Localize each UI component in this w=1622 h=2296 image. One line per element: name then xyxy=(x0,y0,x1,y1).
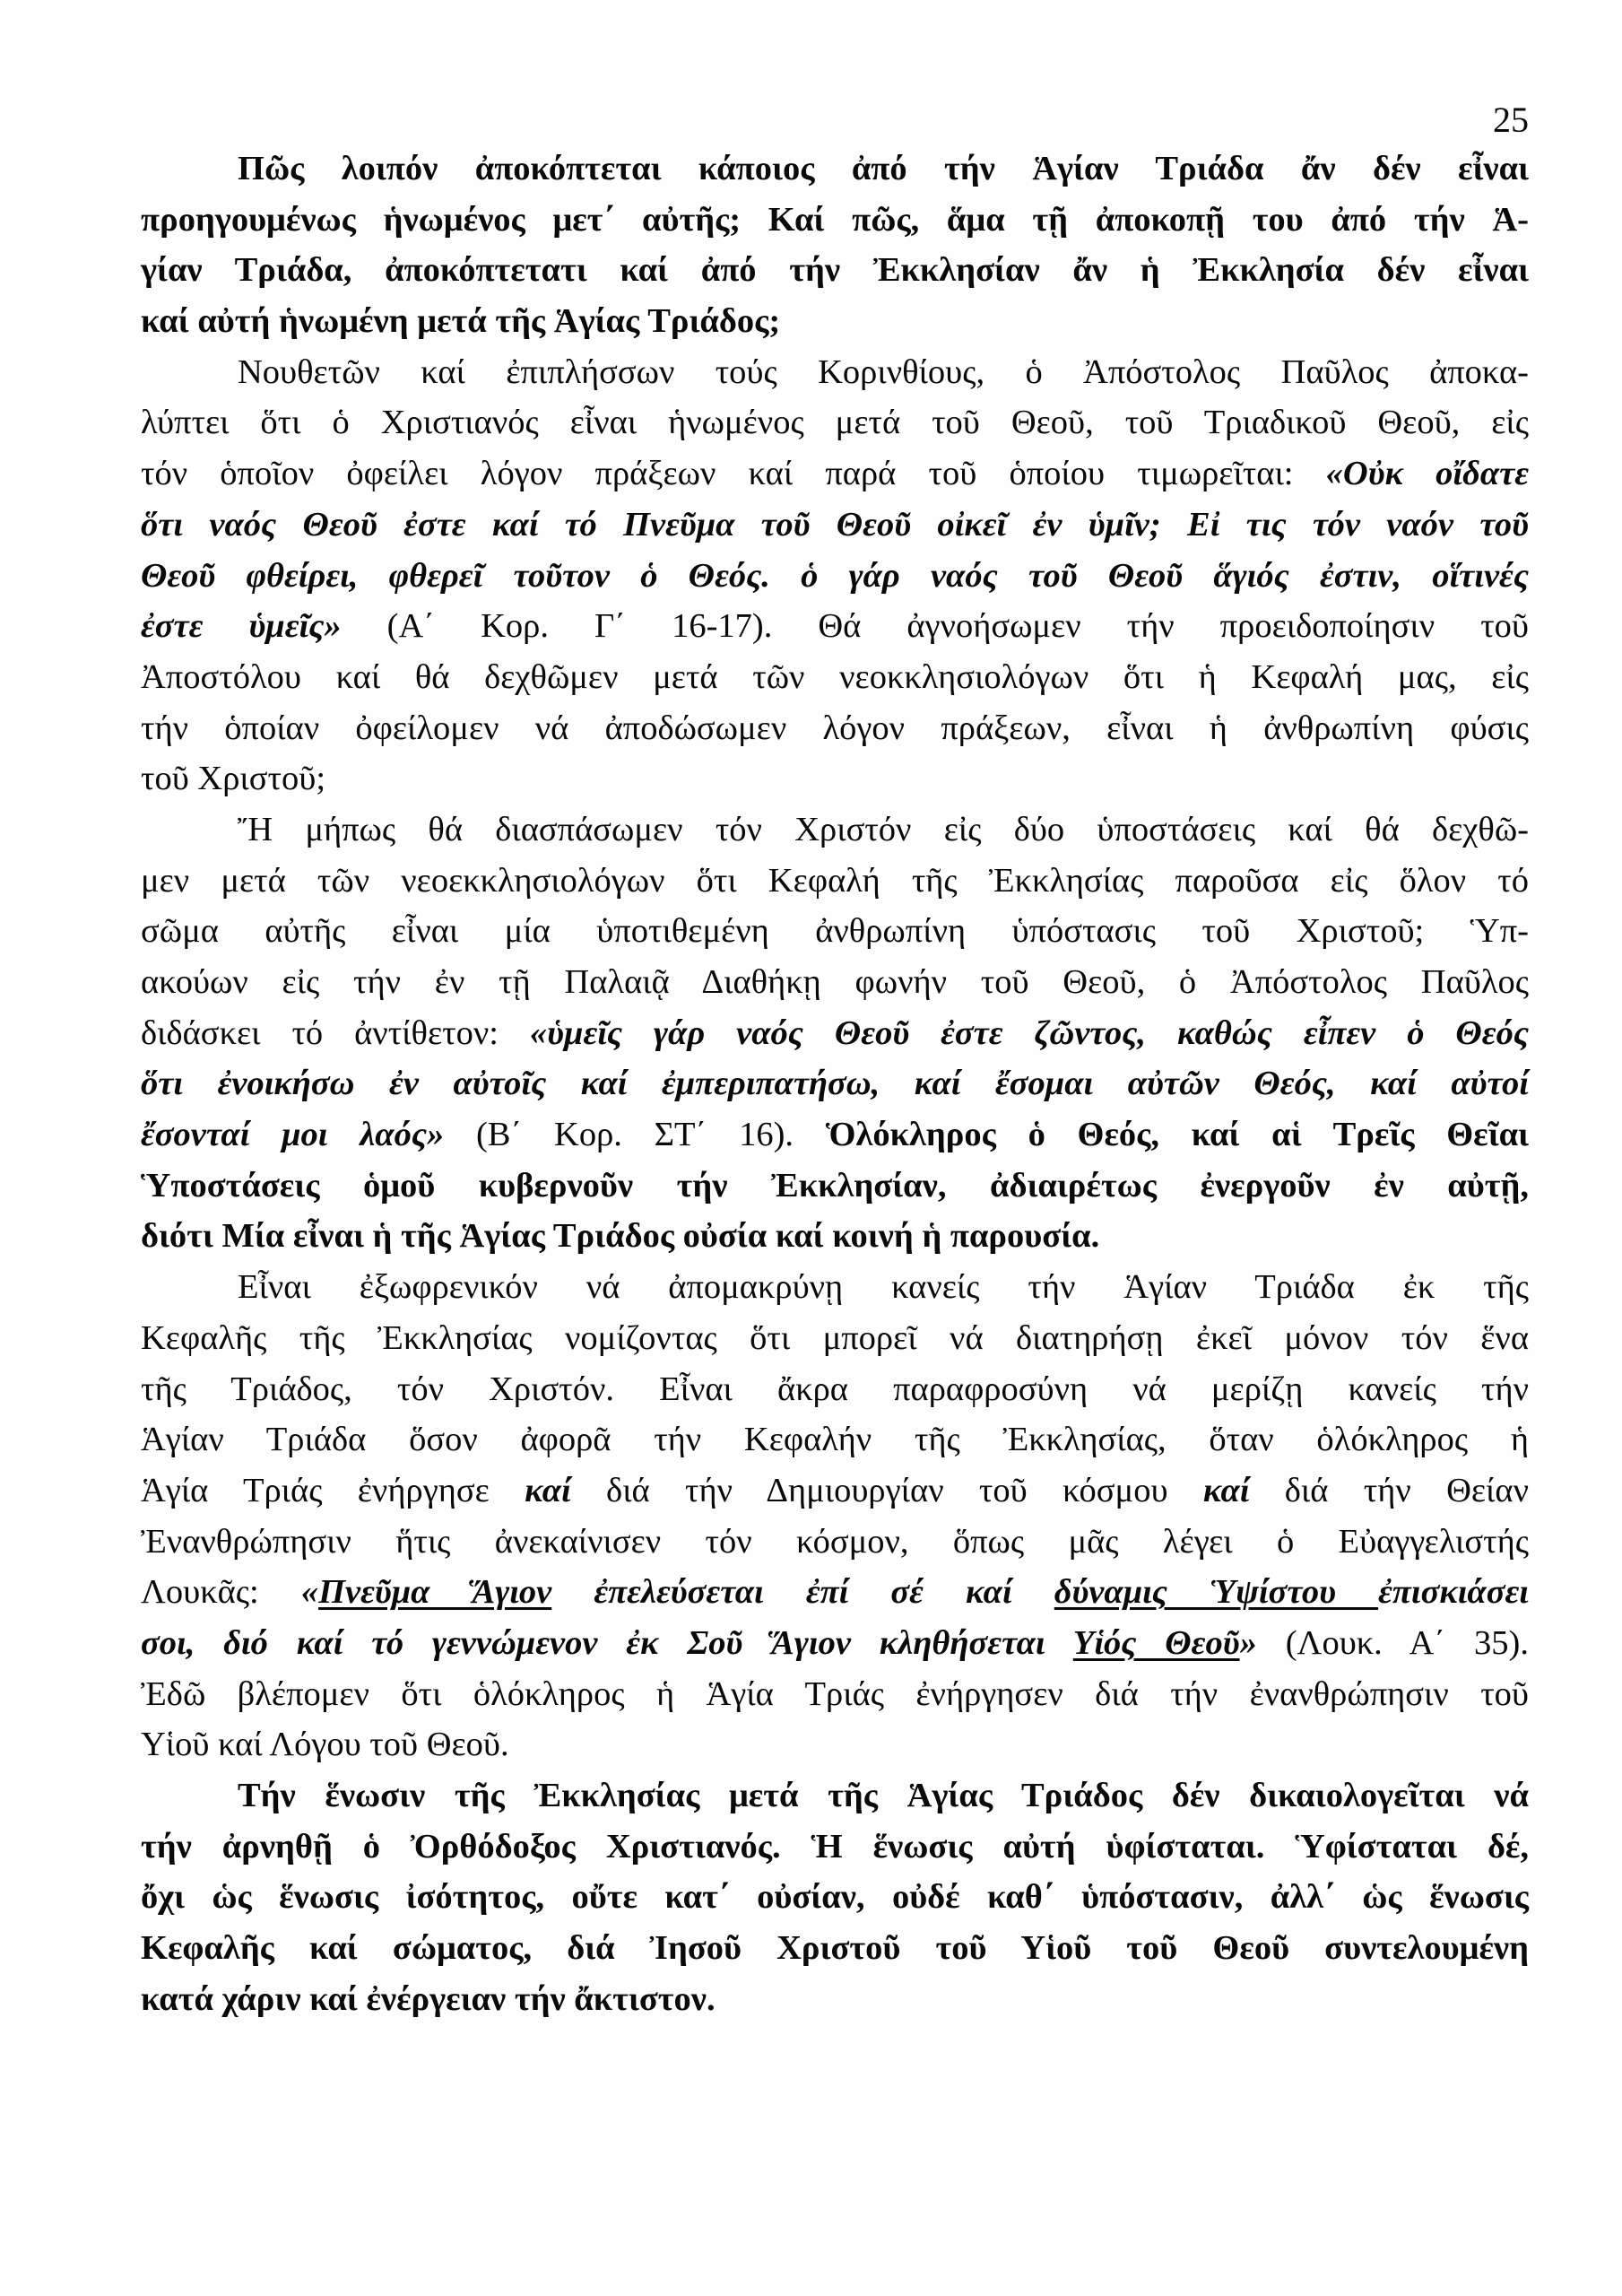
text-run: (Β΄ Κορ. ΣΤ΄ 16). xyxy=(444,1116,825,1153)
text-run: Κεφαλῆς τῆς Ἐκκλησίας νομίζοντας ὅτι μπο… xyxy=(141,1319,1529,1357)
quotation-run: καί xyxy=(525,1472,571,1509)
text-run: τήν ὁποίαν ὀφείλομεν νά ἀποδώσωμεν λόγον… xyxy=(141,709,1529,747)
text-line: ὄχι ὡς ἕνωσις ἰσότητος, οὔτε κατ΄ οὐσίαν… xyxy=(141,1872,1529,1923)
text-line: Πῶς λοιπόν ἀποκόπτεται κάποιος ἀπό τήν Ἁ… xyxy=(141,143,1529,195)
body-text: Πῶς λοιπόν ἀποκόπτεται κάποιος ἀπό τήν Ἁ… xyxy=(141,143,1529,2024)
text-line: Ἁγίαν Τριάδα ὅσον ἀφορᾶ τήν Κεφαλήν τῆς … xyxy=(141,1414,1529,1465)
text-run: Λουκᾶς: xyxy=(141,1573,301,1611)
text-line: λύπτει ὅτι ὁ Χριστιανός εἶναι ἡνωμένος μ… xyxy=(141,397,1529,448)
text-run: Νουθετῶν καί ἐπιπλήσσων τούς Κορινθίους,… xyxy=(238,353,1529,391)
text-line: ἔσονταί μοι λαός» (Β΄ Κορ. ΣΤ΄ 16). Ὁλόκ… xyxy=(141,1109,1529,1161)
text-run: Εἶναι ἐξωφρενικόν νά ἀπομακρύνῃ κανείς τ… xyxy=(238,1268,1529,1306)
text-line: ὅτι ναός Θεοῦ ἐστε καί τό Πνεῦμα τοῦ Θεο… xyxy=(141,500,1529,551)
text-run: σῶμα αὐτῆς εἶναι μία ὑποτιθεμένη ἀνθρωπί… xyxy=(141,912,1529,950)
text-run: μεν μετά τῶν νεοεκκλησιολόγων ὅτι Κεφαλή… xyxy=(141,862,1529,900)
text-run: διδάσκει τό ἀντίθετον: xyxy=(141,1014,530,1052)
text-line: σῶμα αὐτῆς εἶναι μία ὑποτιθεμένη ἀνθρωπί… xyxy=(141,906,1529,957)
bold-run: τήν ἀρνηθῇ ὁ Ὀρθόδοξος Χριστιανός. Ἡ ἕνω… xyxy=(141,1828,1529,1865)
text-line: Υἱοῦ καί Λόγου τοῦ Θεοῦ. xyxy=(141,1719,1529,1770)
text-line: Τήν ἕνωσιν τῆς Ἐκκλησίας μετά τῆς Ἁγίας … xyxy=(141,1770,1529,1822)
text-run: διά τήν Δημιουργίαν τοῦ κόσμου xyxy=(571,1472,1203,1509)
text-run: Υἱοῦ καί Λόγου τοῦ Θεοῦ. xyxy=(141,1726,509,1763)
text-line: Ὑποστάσεις ὁμοῦ κυβερνοῦν τήν Ἐκκλησίαν,… xyxy=(141,1161,1529,1212)
text-run: Ἐδῶ βλέπομεν ὅτι ὁλόκληρος ἡ Ἁγία Τριάς … xyxy=(141,1675,1529,1713)
text-line: καί αὐτή ἡνωμένη μετά τῆς Ἁγίας Τριάδος; xyxy=(141,296,1529,347)
text-line: Ἐνανθρώπησιν ἥτις ἀνεκαίνισεν τόν κόσμον… xyxy=(141,1517,1529,1568)
quotation-run: «ὑμεῖς γάρ ναός Θεοῦ ἐστε ζῶντος, καθώς … xyxy=(530,1014,1529,1052)
bold-run: διότι Μία εἶναι ἡ τῆς Ἁγίας Τριάδος οὐσί… xyxy=(141,1217,1099,1255)
text-run: τόν ὁποῖον ὀφείλει λόγον πράξεων καί παρ… xyxy=(141,455,1326,492)
quotation-run: δύναμις Ὑψίστου xyxy=(1054,1573,1378,1611)
bold-run: Ὑποστάσεις ὁμοῦ κυβερνοῦν τήν Ἐκκλησίαν,… xyxy=(141,1167,1529,1205)
text-line: σοι, διό καί τό γεννώμενον ἐκ Σοῦ Ἅγιον … xyxy=(141,1618,1529,1669)
text-run: Ἁγίαν Τριάδα ὅσον ἀφορᾶ τήν Κεφαλήν τῆς … xyxy=(141,1421,1529,1458)
quotation-run: «Οὐκ οἴδατε xyxy=(1326,455,1529,492)
text-run: τῆς Τριάδος, τόν Χριστόν. Εἶναι ἄκρα παρ… xyxy=(141,1370,1529,1408)
text-line: ακούων εἰς τήν ἐν τῇ Παλαιᾷ Διαθήκῃ φωνή… xyxy=(141,957,1529,1008)
bold-run: κατά χάριν καί ἐνέργειαν τήν ἄκτιστον. xyxy=(141,1980,716,2018)
text-line: τήν ὁποίαν ὀφείλομεν νά ἀποδώσωμεν λόγον… xyxy=(141,703,1529,754)
page-number: 25 xyxy=(1484,100,1529,140)
quotation-run: » xyxy=(1240,1624,1257,1662)
quotation-run: ἔσονταί μοι λαός» xyxy=(141,1116,444,1153)
quotation-run: « xyxy=(301,1573,318,1611)
quotation-run: ἐπισκιάσει xyxy=(1378,1573,1529,1611)
text-line: κατά χάριν καί ἐνέργειαν τήν ἄκτιστον. xyxy=(141,1974,1529,2025)
text-line: Ἀποστόλου καί θά δεχθῶμεν μετά τῶν νεοκκ… xyxy=(141,652,1529,703)
text-line: Λουκᾶς: «Πνεῦμα Ἅγιον ἐπελεύσεται ἐπί σέ… xyxy=(141,1567,1529,1618)
text-line: διότι Μία εἶναι ἡ τῆς Ἁγίας Τριάδος οὐσί… xyxy=(141,1211,1529,1262)
bold-run: Τήν ἕνωσιν τῆς Ἐκκλησίας μετά τῆς Ἁγίας … xyxy=(238,1777,1529,1814)
text-run: Ἐνανθρώπησιν ἥτις ἀνεκαίνισεν τόν κόσμον… xyxy=(141,1523,1529,1561)
text-run: διά τήν Θείαν xyxy=(1249,1472,1529,1509)
text-run: Ἤ μήπως θά διασπάσωμεν τόν Χριστόν εἰς δ… xyxy=(238,811,1529,848)
text-line: ἐστε ὑμεῖς» (Α΄ Κορ. Γ΄ 16-17). Θά ἀγνοή… xyxy=(141,601,1529,652)
bold-run: καί αὐτή ἡνωμένη μετά τῆς Ἁγίας Τριάδος; xyxy=(141,302,780,340)
text-run: Ἁγία Τριάς ἐνήργησε xyxy=(141,1472,525,1509)
quotation-run: σοι, διό καί τό γεννώμενον ἐκ Σοῦ Ἅγιον … xyxy=(141,1624,1073,1662)
text-run: (Α΄ Κορ. Γ΄ 16-17). Θά ἀγνοήσωμεν τήν πρ… xyxy=(342,607,1529,645)
text-line: Ἤ μήπως θά διασπάσωμεν τόν Χριστόν εἰς δ… xyxy=(141,804,1529,856)
text-line: γίαν Τριάδα, ἀποκόπτετατι καί ἀπό τήν Ἐκ… xyxy=(141,245,1529,296)
text-run: τοῦ Χριστοῦ; xyxy=(141,760,325,797)
text-line: τοῦ Χριστοῦ; xyxy=(141,753,1529,804)
text-line: Θεοῦ φθείρει, φθερεῖ τοῦτον ὁ Θεός. ὁ γά… xyxy=(141,551,1529,602)
quotation-run: ὅτι ἐνοικήσω ἐν αὐτοῖς καί ἐμπεριπατήσω,… xyxy=(141,1065,1529,1102)
text-line: τήν ἀρνηθῇ ὁ Ὀρθόδοξος Χριστιανός. Ἡ ἕνω… xyxy=(141,1822,1529,1873)
text-line: προηγουμένως ἡνωμένος μετ΄ αὐτῆς; Καί πῶ… xyxy=(141,195,1529,246)
quotation-run: ἐπελεύσεται ἐπί σέ καί xyxy=(551,1573,1054,1611)
quotation-run: Θεοῦ φθείρει, φθερεῖ τοῦτον ὁ Θεός. ὁ γά… xyxy=(141,557,1529,595)
bold-run: προηγουμένως ἡνωμένος μετ΄ αὐτῆς; Καί πῶ… xyxy=(141,201,1529,239)
text-line: Εἶναι ἐξωφρενικόν νά ἀπομακρύνῃ κανείς τ… xyxy=(141,1262,1529,1313)
text-run: (Λουκ. Α΄ 35). xyxy=(1257,1624,1529,1662)
bold-run: Ὁλόκληρος ὁ Θεός, καί αἱ Τρεῖς Θεῖαι xyxy=(826,1116,1529,1153)
text-line: διδάσκει τό ἀντίθετον: «ὑμεῖς γάρ ναός Θ… xyxy=(141,1008,1529,1059)
text-line: Κεφαλῆς καί σώματος, διά Ἰησοῦ Χριστοῦ τ… xyxy=(141,1923,1529,1974)
quotation-run: ὅτι ναός Θεοῦ ἐστε καί τό Πνεῦμα τοῦ Θεο… xyxy=(141,506,1529,544)
text-line: Ἁγία Τριάς ἐνήργησε καί διά τήν Δημιουργ… xyxy=(141,1465,1529,1517)
quotation-run: Πνεῦμα Ἅγιον xyxy=(318,1573,551,1611)
text-line: μεν μετά τῶν νεοεκκλησιολόγων ὅτι Κεφαλή… xyxy=(141,856,1529,907)
document-page: 25 Πῶς λοιπόν ἀποκόπτεται κάποιος ἀπό τή… xyxy=(0,0,1622,2296)
text-line: τόν ὁποῖον ὀφείλει λόγον πράξεων καί παρ… xyxy=(141,448,1529,500)
bold-run: Πῶς λοιπόν ἀποκόπτεται κάποιος ἀπό τήν Ἁ… xyxy=(238,150,1529,187)
quotation-run: ἐστε ὑμεῖς» xyxy=(141,607,342,645)
quotation-run: Υἱός Θεοῦ xyxy=(1073,1624,1240,1662)
text-run: Ἀποστόλου καί θά δεχθῶμεν μετά τῶν νεοκκ… xyxy=(141,658,1529,696)
quotation-run: καί xyxy=(1203,1472,1250,1509)
text-line: ὅτι ἐνοικήσω ἐν αὐτοῖς καί ἐμπεριπατήσω,… xyxy=(141,1058,1529,1109)
text-run: λύπτει ὅτι ὁ Χριστιανός εἶναι ἡνωμένος μ… xyxy=(141,404,1529,441)
bold-run: Κεφαλῆς καί σώματος, διά Ἰησοῦ Χριστοῦ τ… xyxy=(141,1929,1529,1967)
bold-run: γίαν Τριάδα, ἀποκόπτετατι καί ἀπό τήν Ἐκ… xyxy=(141,251,1529,289)
text-line: Νουθετῶν καί ἐπιπλήσσων τούς Κορινθίους,… xyxy=(141,347,1529,398)
text-run: ακούων εἰς τήν ἐν τῇ Παλαιᾷ Διαθήκῃ φωνή… xyxy=(141,963,1529,1001)
text-line: Ἐδῶ βλέπομεν ὅτι ὁλόκληρος ἡ Ἁγία Τριάς … xyxy=(141,1669,1529,1720)
bold-run: ὄχι ὡς ἕνωσις ἰσότητος, οὔτε κατ΄ οὐσίαν… xyxy=(141,1878,1529,1916)
text-line: τῆς Τριάδος, τόν Χριστόν. Εἶναι ἄκρα παρ… xyxy=(141,1364,1529,1415)
text-line: Κεφαλῆς τῆς Ἐκκλησίας νομίζοντας ὅτι μπο… xyxy=(141,1313,1529,1364)
